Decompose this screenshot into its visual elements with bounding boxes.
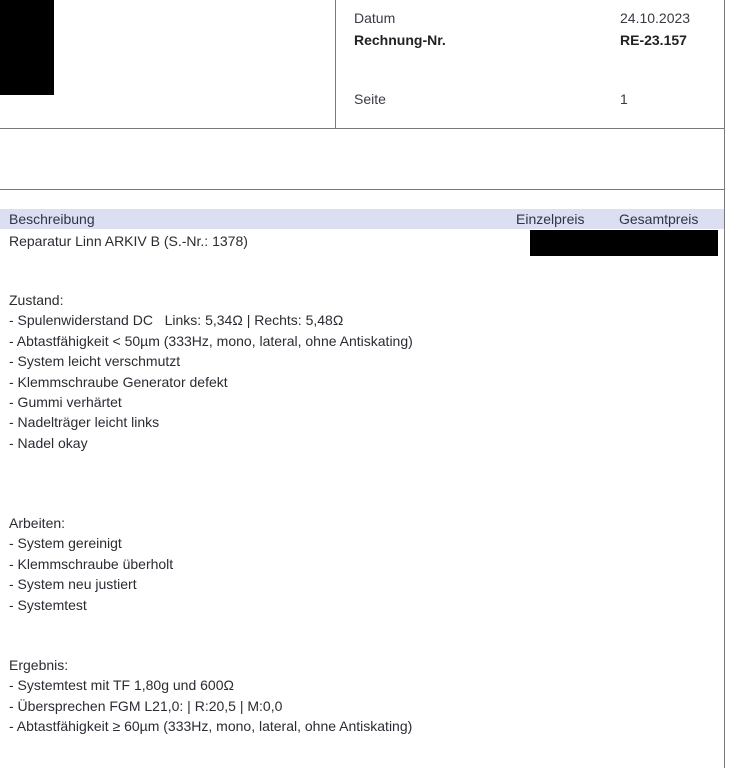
redacted-logo (0, 0, 54, 95)
section-line: - Abtastfähigkeit < 50µm (333Hz, mono, l… (9, 331, 413, 351)
page-label: Seite (354, 91, 386, 107)
column-header-total-price: Gesamtpreis (619, 211, 698, 227)
invoice-number-label: Rechnung-Nr. (354, 32, 446, 48)
section-heading: Ergebnis: (9, 655, 412, 675)
item-title: Reparatur Linn ARKIV B (S.-Nr.: 1378) (9, 231, 248, 251)
page-right-border (724, 0, 725, 768)
section-line: - Klemmschraube Generator defekt (9, 372, 413, 392)
section-line: - Klemmschraube überholt (9, 554, 173, 574)
section-heading: Arbeiten: (9, 513, 173, 533)
meta-box-left-border (335, 0, 336, 128)
redacted-price (530, 230, 718, 256)
section-line: - Abtastfähigkeit ≥ 60µm (333Hz, mono, l… (9, 716, 412, 736)
table-header-band (0, 209, 724, 229)
section-result: Ergebnis:- Systemtest mit TF 1,80g und 6… (9, 655, 412, 737)
section-line: - System neu justiert (9, 574, 173, 594)
section-heading: Zustand: (9, 290, 413, 310)
section-line: - Gummi verhärtet (9, 392, 413, 412)
page-value: 1 (620, 91, 628, 107)
section-line: - Spulenwiderstand DC Links: 5,34Ω | Rec… (9, 310, 413, 330)
section-line: - Nadel okay (9, 433, 413, 453)
invoice-number-value: RE-23.157 (620, 32, 687, 48)
address-section-bottom-rule (0, 189, 725, 190)
date-label: Datum (354, 10, 395, 26)
date-value: 24.10.2023 (620, 10, 690, 26)
section-line: - System leicht verschmutzt (9, 351, 413, 371)
section-line: - System gereinigt (9, 533, 173, 553)
section-condition: Zustand:- Spulenwiderstand DC Links: 5,3… (9, 290, 413, 453)
section-work: Arbeiten:- System gereinigt- Klemmschrau… (9, 513, 173, 615)
meta-box-bottom-rule (0, 128, 725, 129)
section-line: - Systemtest mit TF 1,80g und 600Ω (9, 675, 412, 695)
section-line: - Übersprechen FGM L21,0: | R:20,5 | M:0… (9, 696, 412, 716)
column-header-description: Beschreibung (9, 211, 95, 227)
section-line: - Nadelträger leicht links (9, 412, 413, 432)
section-line: - Systemtest (9, 595, 173, 615)
column-header-unit-price: Einzelpreis (516, 211, 584, 227)
